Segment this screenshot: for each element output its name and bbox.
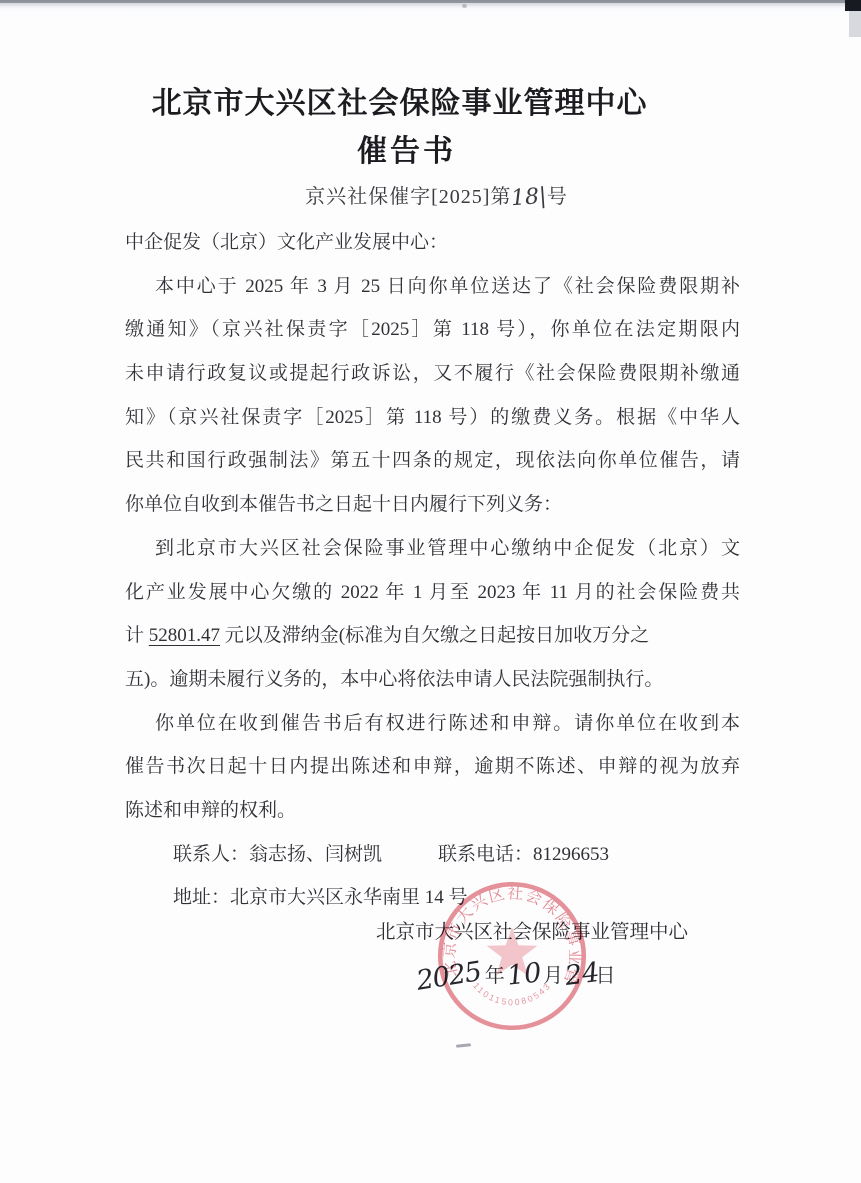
body-line: 到北京市大兴区社会保险事业管理中心缴纳中企促发（北京）文 bbox=[125, 527, 740, 571]
document-type-title: 催告书 bbox=[0, 134, 837, 170]
body-line: 知》（京兴社保责字［2025］第 118 号）的缴费义务。根据《中华人 bbox=[125, 396, 740, 440]
seal-serial: 1101150080543 bbox=[471, 980, 553, 1007]
body-line: 缴通知》（京兴社保责字［2025］第 118 号），你单位在法定期限内 bbox=[125, 308, 740, 352]
body-line: 民共和国行政强制法》第五十四条的规定，现依法向你单位催告，请 bbox=[125, 439, 740, 483]
underlined-amount: 52801.47 bbox=[149, 625, 220, 646]
address-label: 地址： bbox=[173, 887, 230, 908]
seal-serial-holder: 1101150080543 bbox=[471, 980, 553, 1007]
seal-star bbox=[487, 927, 538, 975]
amount-prefix: 计 bbox=[125, 625, 149, 646]
amount-suffix: 元以及滞纳金(标准为自欠缴之日起按日加收万分之 bbox=[220, 625, 649, 646]
document-number-suffix: 号 bbox=[547, 186, 568, 208]
document-org-title: 北京市大兴区社会保险事业管理中心 bbox=[0, 86, 830, 122]
scan-artifact-corner-mark bbox=[845, 0, 861, 11]
official-seal: 北京市大兴区社会保险事业管理中心 1101150080543 bbox=[430, 874, 594, 1038]
scan-artifact-top-line bbox=[0, 0, 861, 3]
contact-line: 联系人：翁志扬、闫树凯联系电话：81296653 bbox=[125, 833, 740, 877]
scan-artifact-dash bbox=[456, 1043, 471, 1048]
scan-artifact-dot bbox=[462, 4, 467, 8]
body-line: 催告书次日起十日内提出陈述和申辩，逾期不陈述、申辩的视为放弃 bbox=[125, 745, 740, 789]
seal-ring-text-holder: 北京市大兴区社会保险事业管理中心 bbox=[430, 874, 584, 988]
contact-phone-number: 81296653 bbox=[533, 844, 609, 865]
body-line: 本中心于 2025 年 3 月 25 日向你单位送达了《社会保险费限期补 bbox=[125, 265, 740, 309]
scanned-document-page: 北京市大兴区社会保险事业管理中心 催告书 京兴社保催字[2025]第18|号 中… bbox=[0, 0, 861, 1183]
seal-ring-text: 北京市大兴区社会保险事业管理中心 bbox=[430, 874, 584, 988]
document-body: 中企促发（北京）文化产业发展中心： 本中心于 2025 年 3 月 25 日向你… bbox=[125, 221, 740, 920]
contact-phone-label: 联系电话： bbox=[438, 844, 533, 865]
document-number-prefix: 京兴社保催字[2025]第 bbox=[305, 186, 511, 208]
body-line: 五)。逾期未履行义务的，本中心将依法申请人民法院强制执行。 bbox=[125, 658, 740, 702]
contact-person-names: 翁志扬、闫树凯 bbox=[249, 844, 382, 865]
scan-artifact-corner-shadow bbox=[849, 11, 861, 37]
body-line-amount: 计 52801.47 元以及滞纳金(标准为自欠缴之日起按日加收万分之 bbox=[125, 614, 740, 658]
body-line: 化产业发展中心欠缴的 2022 年 1 月至 2023 年 11 月的社会保险费… bbox=[125, 571, 740, 615]
body-line: 陈述和申辩的权利。 bbox=[125, 789, 740, 833]
contact-person-label: 联系人： bbox=[173, 844, 249, 865]
body-line: 未申请行政复议或提起行政诉讼，又不履行《社会保险费限期补缴通 bbox=[125, 352, 740, 396]
body-line: 你单位自收到本催告书之日起十日内履行下列义务： bbox=[125, 483, 740, 527]
handwritten-document-number: 18| bbox=[511, 182, 548, 214]
body-line: 你单位在收到催告书后有权进行陈述和申辩。请你单位在收到本 bbox=[125, 702, 740, 746]
recipient-line: 中企促发（北京）文化产业发展中心： bbox=[125, 221, 740, 265]
document-number: 京兴社保催字[2025]第18|号 bbox=[6, 182, 861, 212]
